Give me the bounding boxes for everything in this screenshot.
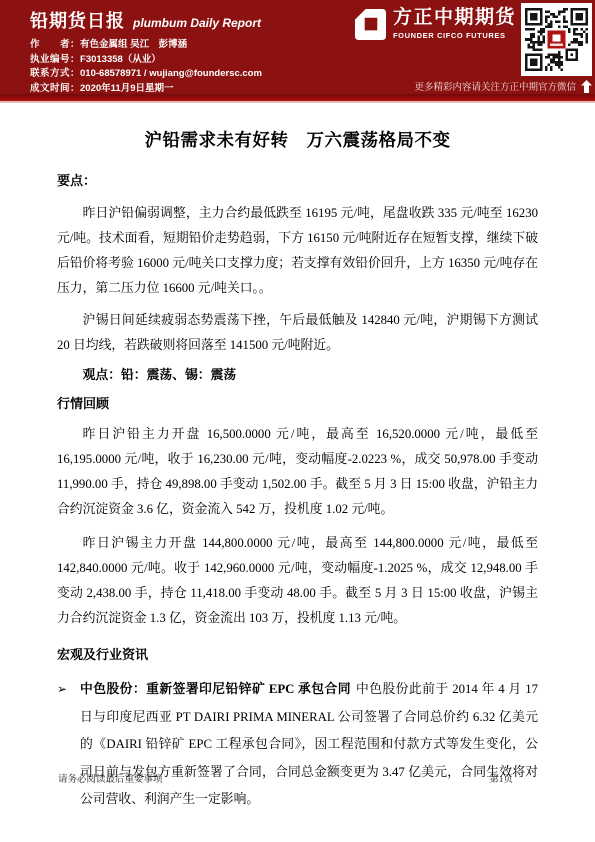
header-masthead: 铅期货日报 plumbum Daily Report 作 者：有色金属组 吴江 …	[30, 7, 262, 96]
up-arrow-icon	[581, 80, 592, 93]
viewpoint-line: 观点：铅：震荡、锡：震荡	[57, 363, 538, 388]
footer-disclaimer: 请务必阅读最后重要事项	[58, 771, 163, 785]
market-review-paragraph-lead: 昨日沪铅主力开盘 16,500.0000 元/吨，最高至 16,520.0000…	[57, 422, 538, 522]
report-title: 铅期货日报	[30, 7, 125, 33]
brand-name: 方正中期期货	[393, 8, 516, 28]
section-heading-industry-news: 宏观及行业资讯	[57, 642, 538, 667]
section-heading-market-review: 行情回顾	[57, 391, 538, 416]
meta-author: 作 者：有色金属组 吴江 彭博涵	[30, 38, 262, 53]
meta-contact: 联系方式：010-68578971 / wujiang@foundersc.co…	[30, 67, 262, 82]
arrowhead-bullet-icon: ➢	[57, 676, 67, 704]
brand-block: 方正中期期货 FOUNDER CIFCO FUTURES	[354, 8, 516, 41]
report-page: 铅期货日报 plumbum Daily Report 作 者：有色金属组 吴江 …	[0, 0, 595, 842]
news-list-item: ➢ 中色股份：重新签署印尼铅锌矿 EPC 承包合同中色股份此前于 2014 年 …	[57, 676, 538, 814]
report-header: 铅期货日报 plumbum Daily Report 作 者：有色金属组 吴江 …	[0, 0, 595, 103]
brand-name-en: FOUNDER CIFCO FUTURES	[393, 31, 516, 40]
meta-license-no: 执业编号：F3013358（从业）	[30, 53, 262, 68]
news-item-text: 中色股份此前于 2014 年 4 月 17 日与印度尼西亚 PT DAIRI P…	[80, 682, 538, 806]
brand-names: 方正中期期货 FOUNDER CIFCO FUTURES	[393, 8, 516, 40]
header-divider-stripe	[0, 94, 595, 103]
page-title: 沪铅需求未有好转 万六震荡格局不变	[57, 128, 538, 152]
wechat-note-row: 更多精彩内容请关注方正中期官方微信	[414, 79, 592, 93]
article-body: 沪铅需求未有好转 万六震荡格局不变 要点： 昨日沪铅偏弱调整，主力合约最低跌至 …	[0, 128, 595, 814]
wechat-qr-code-icon	[521, 3, 592, 76]
report-subtitle: plumbum Daily Report	[133, 16, 261, 30]
section-heading-keypoints: 要点：	[57, 168, 538, 193]
wechat-note: 更多精彩内容请关注方正中期官方微信	[414, 79, 576, 93]
report-meta: 作 者：有色金属组 吴江 彭博涵 执业编号：F3013358（从业） 联系方式：…	[30, 38, 262, 96]
page-footer: 请务必阅读最后重要事项 第1页	[58, 771, 538, 785]
market-review-paragraph-tin: 昨日沪锡主力开盘 144,800.0000 元/吨，最高至 144,800.00…	[57, 531, 538, 631]
page-number: 第1页	[489, 771, 538, 785]
news-item-lead: 中色股份：重新签署印尼铅锌矿 EPC 承包合同	[80, 682, 351, 696]
keypoints-paragraph-tin: 沪锡日间延续疲弱态势震荡下挫，午后最低触及 142840 元/吨，沪期锡下方测试…	[57, 308, 538, 358]
keypoints-paragraph-lead: 昨日沪铅偏弱调整，主力合约最低跌至 16195 元/吨，尾盘收跌 335 元/吨…	[57, 201, 538, 301]
founder-logo-icon	[354, 8, 387, 41]
